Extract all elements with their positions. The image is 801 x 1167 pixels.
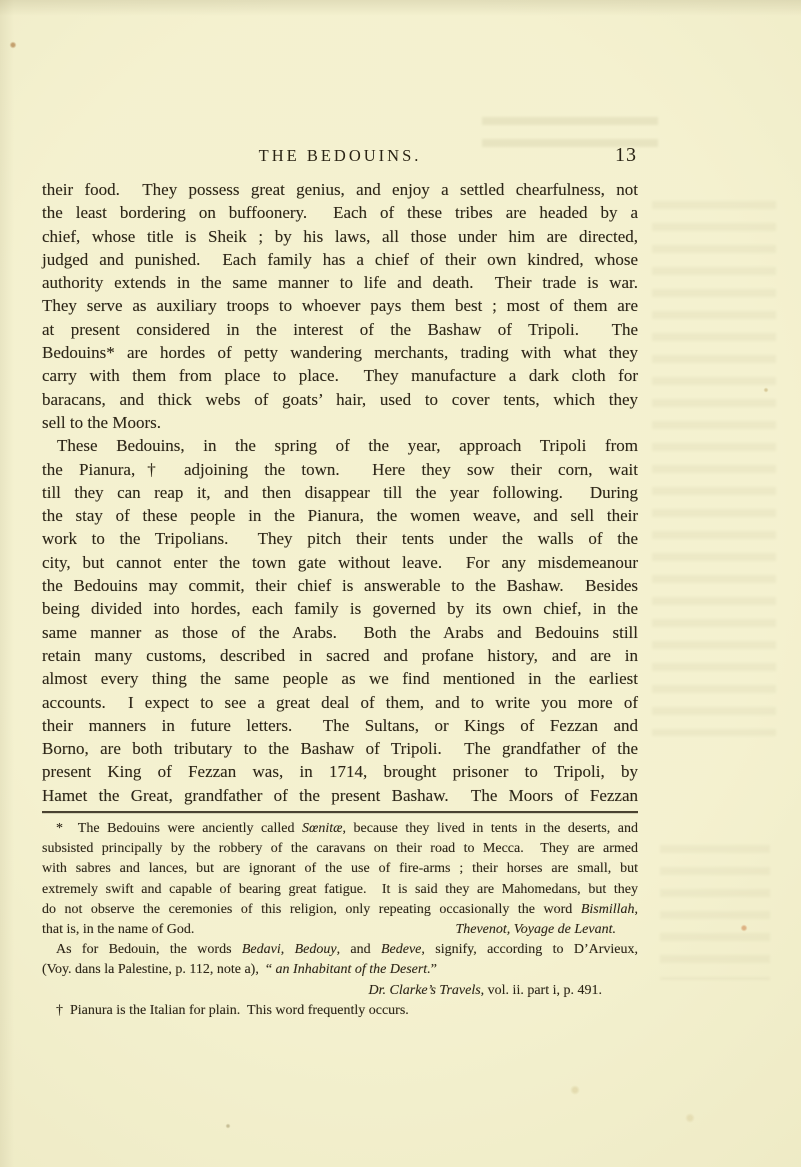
italic-text-run: Bedouy xyxy=(295,942,337,957)
text-run: that is, in the name of God. xyxy=(42,922,194,937)
text-run: As for Bedouin, the words xyxy=(56,942,242,957)
text-run: chief, whose title is Sheik ; by his law… xyxy=(42,227,638,246)
text-run: almost every thing the same people as we… xyxy=(42,669,638,688)
text-line: the Pianura,† adjoining the town. Here t… xyxy=(42,458,638,481)
footnote: * The Bedouins were anciently called Sœn… xyxy=(42,819,638,940)
italic-text-run: an Inhabitant of the Desert. xyxy=(276,962,431,977)
italic-text-run: Bedeve xyxy=(381,942,421,957)
text-run: sell to the Moors. xyxy=(42,413,161,432)
text-run: retain many customs, described in sacred… xyxy=(42,646,638,665)
text-run: judged and punished. Each family has a c… xyxy=(42,250,638,269)
text-run: , and xyxy=(337,942,381,957)
text-line: that is, in the name of God.Thevenot, Vo… xyxy=(42,920,638,940)
text-line: with sabres and lances, but are ignorant… xyxy=(42,859,638,879)
text-line: city, but cannot enter the town gate wit… xyxy=(42,551,638,574)
text-line: at present considered in the interest of… xyxy=(42,318,638,341)
text-run: They serve as auxiliary troops to whoeve… xyxy=(42,296,638,315)
text-line: work to the Tripolians. They pitch their… xyxy=(42,527,638,550)
book-page-scan: { "colors": { "paper": "#edeac5", "ink":… xyxy=(0,0,801,1167)
text-run: the Pianura,† adjoining the town. Here t… xyxy=(42,460,638,479)
text-run: subsisted principally by the robbery of … xyxy=(42,841,638,856)
text-line: These Bedouins, in the spring of the yea… xyxy=(42,434,638,457)
running-head: THE BEDOUINS. 13 xyxy=(42,146,638,170)
text-line: the Bedouins may commit, their chief is … xyxy=(42,574,638,597)
footnote-attribution: Thevenot, Voyage de Levant. xyxy=(455,920,616,940)
page-title: THE BEDOUINS. xyxy=(259,146,422,165)
text-run: work to the Tripolians. They pitch their… xyxy=(42,529,638,548)
italic-text-run: Thevenot, Voyage de Levant. xyxy=(455,922,616,937)
text-run: the Bedouins may commit, their chief is … xyxy=(42,576,638,595)
text-line: till they can reap it, and then disappea… xyxy=(42,481,638,504)
text-line: the stay of these people in the Pianura,… xyxy=(42,504,638,527)
text-line: * The Bedouins were anciently called Sœn… xyxy=(42,819,638,839)
show-through-ghost xyxy=(660,840,770,980)
footnote: As for Bedouin, the words Bedavi, Bedouy… xyxy=(42,940,638,1001)
text-run: , xyxy=(281,942,295,957)
paragraph: These Bedouins, in the spring of the yea… xyxy=(42,434,638,807)
text-line: They serve as auxiliary troops to whoeve… xyxy=(42,294,638,317)
text-run: (Voy. dans la Palestine, p. 112, note a)… xyxy=(42,962,276,977)
text-run: their food. They possess great genius, a… xyxy=(42,180,638,199)
text-run: * The Bedouins were anciently called xyxy=(56,821,302,836)
footnotes: * The Bedouins were anciently called Sœn… xyxy=(42,819,638,1021)
italic-text-run: Bismillah xyxy=(581,902,635,917)
text-line: chief, whose title is Sheik ; by his law… xyxy=(42,225,638,248)
text-run: Bedouins* are hordes of petty wandering … xyxy=(42,343,638,362)
text-line: the least bordering on buffoonery. Each … xyxy=(42,201,638,224)
paragraph: their food. They possess great genius, a… xyxy=(42,178,638,434)
text-run: city, but cannot enter the town gate wit… xyxy=(42,553,638,572)
body-text: their food. They possess great genius, a… xyxy=(42,178,638,807)
text-line: baracans, and thick webs of goats’ hair,… xyxy=(42,388,638,411)
italic-text-run: Dr. Clarke’s Travels xyxy=(369,983,481,998)
text-line: Hamet the Great, grandfather of the pres… xyxy=(42,784,638,807)
text-run: their manners in future letters. The Sul… xyxy=(42,716,638,735)
text-line: judged and punished. Each family has a c… xyxy=(42,248,638,271)
text-line: present King of Fezzan was, in 1714, bro… xyxy=(42,760,638,783)
text-line: sell to the Moors. xyxy=(42,411,638,434)
text-run: extremely swift and capable of bearing g… xyxy=(42,882,638,897)
text-run: being divided into hordes, each family i… xyxy=(42,599,638,618)
text-run: , xyxy=(635,902,639,917)
text-run: Borno, are both tributary to the Bashaw … xyxy=(42,739,638,758)
text-run: till they can reap it, and then disappea… xyxy=(42,483,638,502)
text-run: Hamet the Great, grandfather of the pres… xyxy=(42,786,638,805)
italic-text-run: Sœnitæ xyxy=(302,821,342,836)
text-run: with sabres and lances, but are ignorant… xyxy=(42,861,638,876)
text-run: the stay of these people in the Pianura,… xyxy=(42,506,638,525)
text-run: These Bedouins, in the spring of the yea… xyxy=(57,436,638,455)
text-line: extremely swift and capable of bearing g… xyxy=(42,880,638,900)
text-line: retain many customs, described in sacred… xyxy=(42,644,638,667)
text-run: authority extends in the same manner to … xyxy=(42,273,638,292)
footnote: † Pianura is the Italian for plain. This… xyxy=(42,1001,638,1021)
text-line: accounts. I expect to see a great deal o… xyxy=(42,691,638,714)
show-through-ghost xyxy=(652,196,776,736)
text-run: at present considered in the interest of… xyxy=(42,320,638,339)
text-run: same manner as those of the Arabs. Both … xyxy=(42,623,638,642)
text-run: carry with them from place to place. The… xyxy=(42,366,638,385)
text-line: As for Bedouin, the words Bedavi, Bedouy… xyxy=(42,940,638,960)
text-line: their food. They possess great genius, a… xyxy=(42,178,638,201)
footnote-text-lead: that is, in the name of God. xyxy=(42,920,194,940)
text-run: present King of Fezzan was, in 1714, bro… xyxy=(42,762,638,781)
text-line: subsisted principally by the robbery of … xyxy=(42,839,638,859)
text-run: accounts. I expect to see a great deal o… xyxy=(42,693,638,712)
text-run: , because they lived in tents in the des… xyxy=(342,821,638,836)
text-line: almost every thing the same people as we… xyxy=(42,667,638,690)
text-line: being divided into hordes, each family i… xyxy=(42,597,638,620)
text-run: † Pianura is the Italian for plain. This… xyxy=(56,1003,409,1018)
text-line: do not observe the ceremonies of this re… xyxy=(42,900,638,920)
italic-text-run: Bedavi xyxy=(242,942,281,957)
text-run: baracans, and thick webs of goats’ hair,… xyxy=(42,390,638,409)
footnote-separator-rule xyxy=(42,811,638,813)
text-line: Bedouins* are hordes of petty wandering … xyxy=(42,341,638,364)
text-run: , signify, according to D’Arvieux, xyxy=(421,942,638,957)
text-run: do not observe the ceremonies of this re… xyxy=(42,902,581,917)
text-line: same manner as those of the Arabs. Both … xyxy=(42,621,638,644)
text-run: the least bordering on buffoonery. Each … xyxy=(42,203,638,222)
page-number: 13 xyxy=(615,144,637,167)
book-page: THE BEDOUINS. 13 their food. They posses… xyxy=(0,0,801,1167)
text-run: ” xyxy=(431,962,437,977)
text-line: Borno, are both tributary to the Bashaw … xyxy=(42,737,638,760)
text-line: (Voy. dans la Palestine, p. 112, note a)… xyxy=(42,960,638,980)
text-line: † Pianura is the Italian for plain. This… xyxy=(42,1001,638,1021)
text-line: their manners in future letters. The Sul… xyxy=(42,714,638,737)
text-line: authority extends in the same manner to … xyxy=(42,271,638,294)
text-run: , vol. ii. part i, p. 491. xyxy=(481,983,602,998)
text-line: Dr. Clarke’s Travels, vol. ii. part i, p… xyxy=(42,981,638,1001)
text-line: carry with them from place to place. The… xyxy=(42,364,638,387)
